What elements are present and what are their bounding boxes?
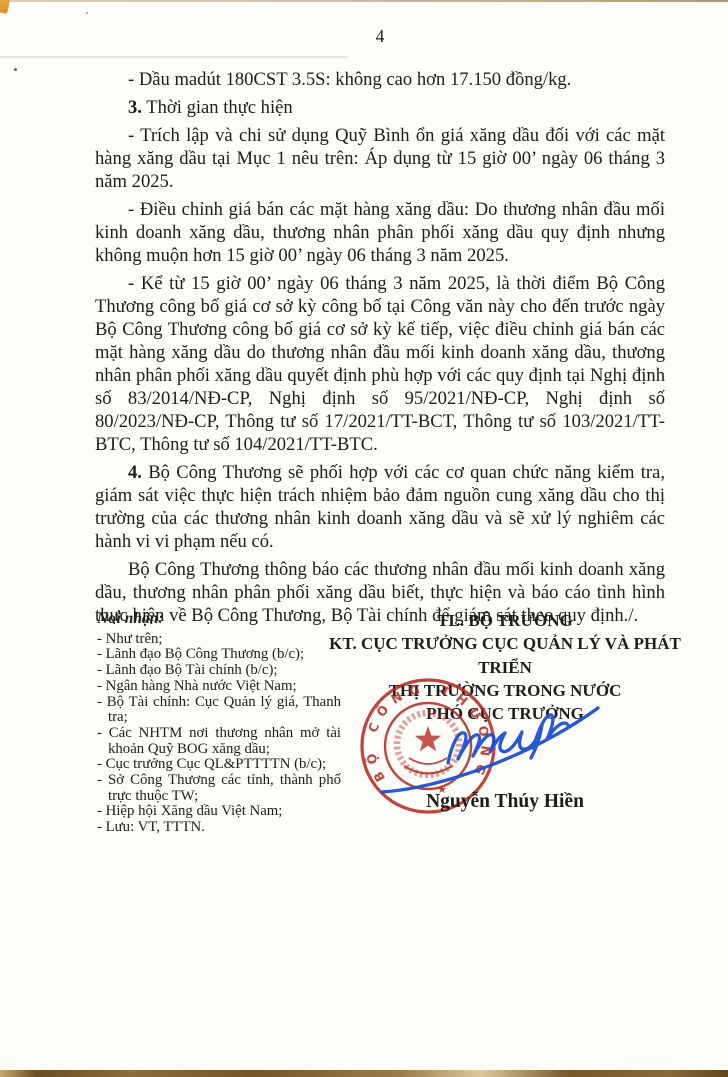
signature-title-line-1: TL. BỘ TRƯỞNG: [310, 609, 700, 632]
scan-speck: [14, 68, 17, 71]
corner-paper-mark: [0, 0, 11, 14]
seal-wreath-bottom-inner: [409, 758, 447, 764]
paragraph-fuel-price: - Dầu madút 180CST 3.5S: không cao hơn 1…: [95, 68, 665, 91]
recipient-item: - Lãnh đạo Bộ Công Thương (b/c);: [97, 647, 341, 663]
recipient-item: - Hiệp hội Xăng dầu Việt Nam;: [97, 804, 341, 820]
recipient-item: - Các NHTM nơi thương nhân mở tài khoản …: [97, 726, 341, 757]
scanned-bottom-edge: [0, 1070, 728, 1077]
recipient-item: - Cục trưởng Cục QL&PTTTTN (b/c);: [97, 757, 341, 773]
page-number: 4: [95, 26, 665, 47]
paragraph-dieu-chinh: - Điều chỉnh giá bán các mặt hàng xăng d…: [95, 198, 665, 267]
recipient-item: - Lưu: VT, TTTN.: [97, 820, 341, 836]
scan-artifact-line: [0, 56, 348, 58]
recipient-item: - Như trên;: [97, 632, 341, 648]
section-3-heading: 3. Thời gian thực hiện: [95, 96, 665, 119]
signer-name: Nguyễn Thúy Hiền: [310, 791, 700, 813]
scanned-top-edge: [0, 0, 728, 2]
seal-star-emblem: [415, 726, 442, 751]
section-4-paragraph: 4. Bộ Công Thương sẽ phối hợp với các cơ…: [95, 461, 665, 553]
recipient-item: - Lãnh đạo Bộ Tài chính (b/c);: [97, 663, 341, 679]
section-3-number: 3.: [128, 97, 142, 118]
section-3-title: Thời gian thực hiện: [146, 97, 292, 118]
recipient-item: - Sở Công Thương các tỉnh, thành phố trự…: [97, 773, 341, 804]
document-body: - Dầu madút 180CST 3.5S: không cao hơn 1…: [95, 68, 665, 632]
paragraph-trich-lap: - Trích lập và chi sử dụng Quỹ Bình ổn g…: [95, 124, 665, 193]
scan-speck: [86, 12, 88, 14]
document-page: 4 - Dầu madút 180CST 3.5S: không cao hơn…: [0, 0, 728, 1077]
recipient-item: - Ngân hàng Nhà nước Việt Nam;: [97, 679, 341, 695]
recipients-list: - Như trên;- Lãnh đạo Bộ Công Thương (b/…: [97, 632, 341, 836]
recipient-item: - Bộ Tài chính: Cục Quản lý giá, Thanh t…: [97, 695, 341, 726]
recipients-block: Nơi nhận: - Như trên;- Lãnh đạo Bộ Công …: [97, 611, 341, 836]
section-4-text: Bộ Công Thương sẽ phối hợp với các cơ qu…: [95, 462, 665, 552]
paragraph-ke-tu: - Kể từ 15 giờ 00’ ngày 06 tháng 3 năm 2…: [95, 272, 665, 456]
section-4-number: 4.: [128, 462, 142, 483]
recipients-label: Nơi nhận:: [97, 611, 341, 627]
